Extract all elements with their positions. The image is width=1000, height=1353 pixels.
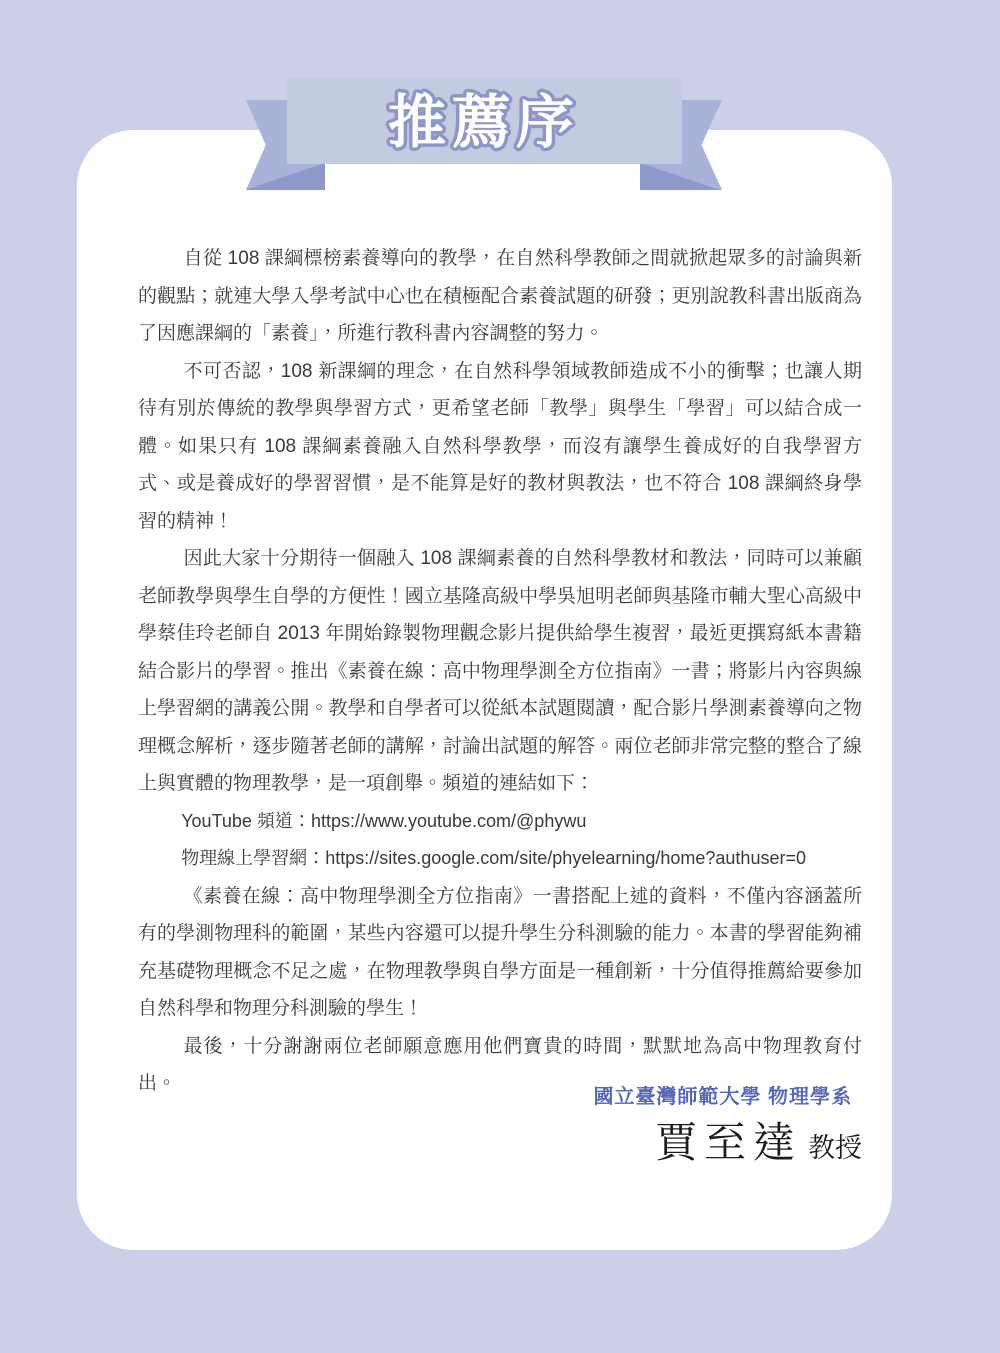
youtube-channel-line: YouTube 頻道：https://www.youtube.com/@phyw… [138,803,862,841]
signature-title: 教授 [808,1133,862,1163]
elearning-site-label: 物理線上學習網： [181,848,325,868]
paragraph-4: 《素養在線：高中物理學測全方位指南》一書搭配上述的資料，不僅內容涵蓋所有的學測物… [138,878,862,1028]
preface-body: 自從 108 課綱標榜素養導向的教學，在自然科學教師之間就掀起眾多的討論與新的觀… [138,240,862,1103]
signature-line: 賈至達教授 [655,1110,862,1170]
youtube-channel-url: https://www.youtube.com/@phywu [311,811,586,831]
paragraph-2: 不可否認，108 新課綱的理念，在自然科學領域教師造成不小的衝擊；也讓人期待有別… [138,353,862,541]
paragraph-1: 自從 108 課綱標榜素養導向的教學，在自然科學教師之間就掀起眾多的討論與新的觀… [138,240,862,353]
preface-page: 推薦序 自從 108 課綱標榜素養導向的教學，在自然科學教師之間就掀起眾多的討論… [0,0,1000,1353]
page-title: 推薦序 [388,90,580,155]
paragraph-3: 因此大家十分期待一個融入 108 課綱素養的自然科學教材和教法，同時可以兼顧老師… [138,540,862,803]
signature-name: 賈至達 [655,1119,802,1166]
elearning-site-url: https://sites.google.com/site/phyelearni… [325,848,806,868]
ribbon-band: 推薦序 [287,78,682,164]
elearning-site-line: 物理線上學習網：https://sites.google.com/site/ph… [138,840,862,878]
ribbon-title-svg: 推薦序 [287,78,682,164]
signature-affiliation: 國立臺灣師範大學 物理學系 [593,1080,852,1109]
youtube-channel-label: YouTube 頻道： [181,811,311,831]
